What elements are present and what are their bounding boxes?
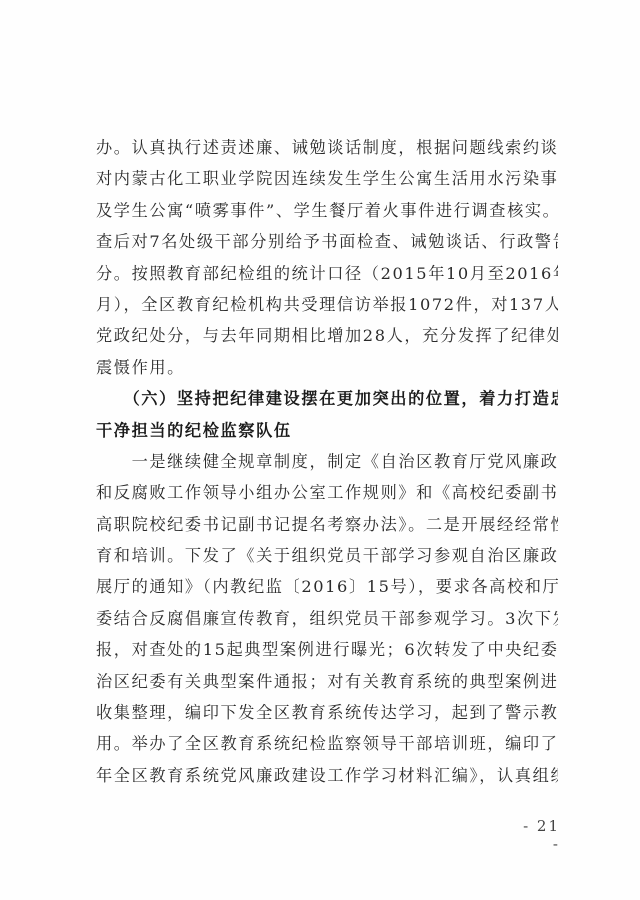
text-line: 及学生公寓“喷雾事件”、学生餐厅着火事件进行调查核实。调 <box>96 195 558 226</box>
text-line: 震慑作用。 <box>96 352 558 383</box>
text-line: 对内蒙古化工职业学院因连续发生学生公寓生活用水污染事件以 <box>96 163 558 194</box>
document-page: 办。认真执行述责述廉、诫勉谈话制度，根据问题线索约谈5人。 对内蒙古化工职业学院… <box>0 0 640 900</box>
page-number: - 21 - <box>510 817 560 853</box>
text-line: 查后对7名处级干部分别给予书面检查、诫勉谈话、行政警告处 <box>96 226 558 257</box>
text-line: 党政纪处分，与去年同期相比增加28人，充分发挥了纪律处分的 <box>96 320 558 351</box>
text-line: 一是继续健全规章制度，制定《自治区教育厅党风廉政建设 <box>96 446 558 477</box>
text-line: 月），全区教育纪检机构共受理信访举报1072件，对137人做出 <box>96 289 558 320</box>
text-line: 用。举办了全区教育系统纪检监察领导干部培训班，编印了《2016 <box>96 728 558 759</box>
text-line: 收集整理，编印下发全区教育系统传达学习，起到了警示教育作 <box>96 697 558 728</box>
text-line: 育和培训。下发了《关于组织党员干部学习参观自治区廉政教育 <box>96 540 558 571</box>
text-line: 高职院校纪委书记副书记提名考察办法》。二是开展经经常性教 <box>96 509 558 540</box>
text-line: 年全区教育系统党风廉政建设工作学习材料汇编》，认真组织党员 <box>96 760 558 791</box>
text-line: 展厅的通知》（内教纪监〔2016〕15号），要求各高校和厅机关党 <box>96 571 558 602</box>
text-line: 报，对查处的15起典型案例进行曝光；6次转发了中央纪委、自 <box>96 634 558 665</box>
text-line: 治区纪委有关典型案件通报；对有关教育系统的典型案例进行了 <box>96 666 558 697</box>
section-heading: 干净担当的纪检监察队伍 <box>96 415 558 446</box>
body-text: 办。认真执行述责述廉、诫勉谈话制度，根据问题线索约谈5人。 对内蒙古化工职业学院… <box>96 132 558 791</box>
section-heading: （六）坚持把纪律建设摆在更加突出的位置，着力打造忠诚 <box>96 383 558 414</box>
text-line: 办。认真执行述责述廉、诫勉谈话制度，根据问题线索约谈5人。 <box>96 132 558 163</box>
text-line: 和反腐败工作领导小组办公室工作规则》和《高校纪委副书记、 <box>96 477 558 508</box>
text-line: 分。按照教育部纪检组的统计口径（2015年10月至2016年10 <box>96 258 558 289</box>
text-line: 委结合反腐倡廉宣传教育，组织党员干部参观学习。3次下发通 <box>96 603 558 634</box>
